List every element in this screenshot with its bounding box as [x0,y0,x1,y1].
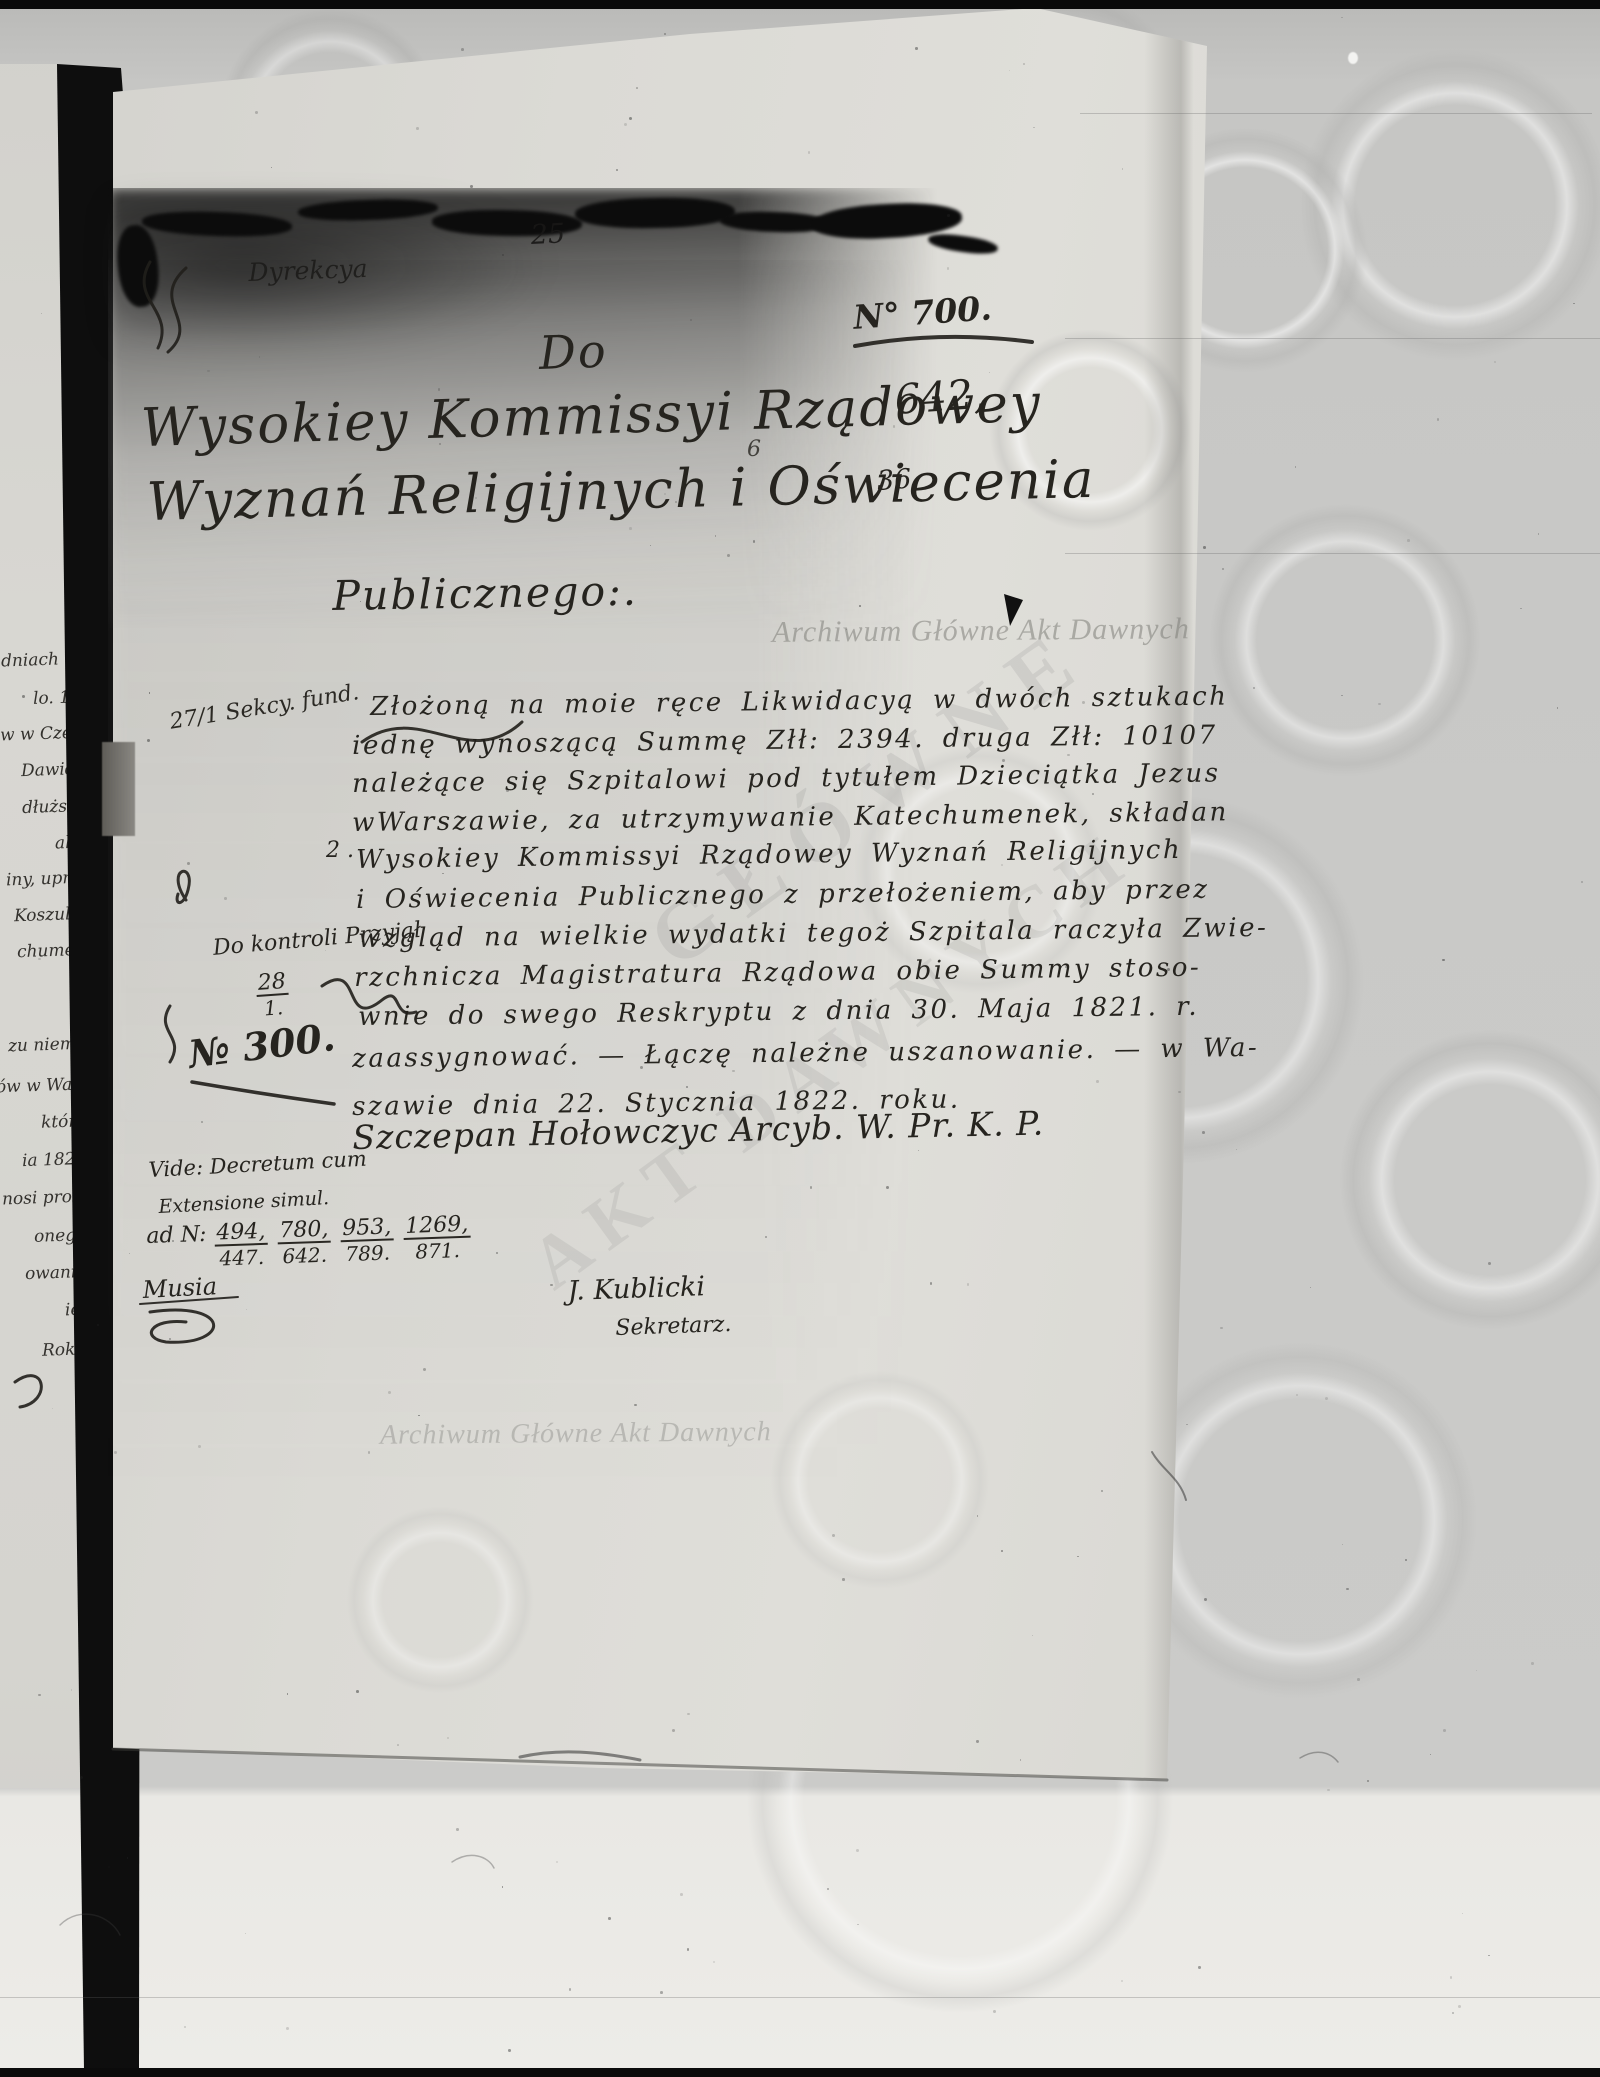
scan-bottom-border [0,2068,1600,2077]
speck [286,2027,289,2030]
speck [893,425,895,427]
speck [1253,687,1255,689]
speck [1203,546,1206,549]
speck [1557,707,1558,708]
fraction-bottom: 789. [341,1240,395,1266]
speck [727,554,730,557]
speck [810,1186,812,1188]
speck [255,111,258,114]
secretary-signature: J. Kublicki [567,1271,706,1307]
speck [1310,1287,1311,1288]
speck [201,1121,203,1123]
speck [1531,1662,1534,1665]
speck [1096,1080,1099,1083]
scan-line [1065,553,1600,554]
speck [650,545,651,546]
speck [245,1933,246,1934]
speck [1222,568,1224,570]
speck [508,2049,511,2052]
fraction-top: 494, [214,1220,268,1247]
speck [687,1948,689,1950]
speck [1295,466,1297,468]
speck [287,937,289,939]
margin-item-number: 2 . [326,838,354,863]
speck [1001,1550,1003,1552]
speck [976,1740,978,1742]
fraction-bottom: 447. [215,1245,269,1271]
fraction-top: 780, [277,1218,331,1245]
archive-watermark: Archiwum Główne Akt Dawnych [380,1416,772,1451]
speck [1538,533,1540,535]
speck [967,1283,970,1286]
speck [80,1776,83,1779]
speck [496,1252,498,1254]
speck [1488,1955,1490,1957]
speck [634,1404,637,1407]
speck [947,267,949,269]
control-date-month: 1. [257,995,291,1021]
speck [1220,1327,1222,1329]
speck [38,958,40,960]
speck [1430,1754,1431,1755]
scan-line [0,1997,1600,1998]
speck [1442,959,1445,962]
speck [114,1451,117,1454]
speck [1573,303,1574,304]
speck [1494,361,1497,364]
speck [674,1048,676,1050]
speck [356,1690,359,1693]
speck [1341,17,1342,18]
archive-watermark: Archiwum Główne Akt Dawnych [772,612,1190,650]
speck [1476,1670,1477,1671]
speck [1077,1556,1078,1557]
speck [1407,539,1410,542]
speck [1202,1131,1205,1134]
speck [1378,703,1380,705]
speck [207,370,210,373]
speck [1462,1913,1463,1914]
scan-top-border [0,0,1600,9]
speck [1001,864,1003,866]
musia-note: Musia [142,1272,218,1304]
speck [1443,1729,1446,1732]
speck [1488,1262,1491,1265]
speck [808,151,811,154]
salutation: Do [538,324,608,380]
speck [172,1240,174,1242]
speck [506,789,509,792]
fraction-bottom: 871. [404,1238,472,1264]
speck [442,873,443,874]
speck [1325,1397,1328,1400]
dust-speck [1348,52,1358,64]
speck [1437,418,1440,421]
speck [502,1886,504,1888]
speck [1186,1424,1187,1425]
speck [993,2010,996,2013]
speck [947,214,950,217]
speck [886,1186,889,1189]
date-scribble: 25 [530,218,566,251]
speck [660,1991,663,1994]
speck [368,1451,370,1453]
scan-line [1080,113,1592,114]
speck [1346,1588,1348,1590]
speck [680,1893,683,1896]
speck [149,692,150,693]
speck [493,861,495,863]
speck [461,48,464,51]
speck [71,1689,73,1691]
speck [1458,2005,1461,2008]
speck [108,1866,110,1868]
speck [827,1888,829,1890]
speck [857,1924,859,1926]
secretary-title: Sekretarz. [615,1312,732,1341]
speck [556,1861,558,1863]
speck [1121,1980,1123,1982]
speck [1122,168,1123,169]
speck [856,1849,859,1852]
speck [1327,1789,1330,1792]
reference-fraction: 1269,871. [403,1213,472,1264]
speck [608,1917,611,1920]
speck [1581,881,1583,883]
speck [1450,1976,1453,1979]
speck [1020,1759,1021,1760]
speck [1342,1544,1343,1545]
speck [1296,1394,1298,1396]
speck [584,598,586,600]
speck [715,535,716,536]
speck [1452,2012,1454,2014]
speck [1178,1091,1180,1093]
speck [456,1828,459,1831]
speck [1367,1780,1369,1782]
speck [918,1150,919,1151]
speck [629,117,632,120]
speck [397,1744,399,1746]
speck [97,1324,99,1326]
speck [915,47,918,50]
registry-scribble: Dyrekcya [248,254,368,287]
speck [1167,968,1170,971]
speck [859,605,861,607]
speck [1048,819,1051,822]
control-date-day: 28 [255,970,289,997]
ad-n-prefix: ad N: [146,1222,207,1249]
speck [1204,1598,1207,1601]
fraction-top: 1269, [403,1213,471,1240]
dust-fiber [452,1855,494,1868]
speck [1341,695,1343,697]
speck [1357,1678,1360,1681]
speck [511,411,513,413]
speck [569,1988,571,1990]
speck [664,493,666,495]
reference-fraction: 780,642. [277,1218,332,1269]
speck [184,2026,186,2028]
speck [1405,1559,1407,1561]
repair-tape-tab [102,742,135,836]
speck [726,216,727,217]
speck [38,1694,40,1696]
speck [664,33,666,35]
speck [1082,701,1085,704]
speck [765,1236,767,1238]
fraction-bottom: 642. [278,1243,332,1269]
dust-fiber [1300,1752,1338,1762]
speck [224,897,227,900]
margin-control-date: 281. [255,969,300,1021]
archive-scan-photo: dniach 18lo. 18.w w Czer-Dawidadłuższyab… [0,0,1600,2077]
speck [416,127,419,130]
speck [1520,608,1521,609]
speck [1198,1966,1200,1968]
speck [713,1961,715,1963]
speck [1023,63,1025,65]
speck [1236,1149,1237,1150]
speck [842,1578,845,1581]
reference-fraction: 953,789. [340,1215,395,1266]
speck [544,749,546,751]
fraction-top: 953, [340,1215,394,1242]
speck [616,169,618,171]
scan-line [1065,338,1600,339]
reference-fraction: 494,447. [214,1220,269,1271]
address-line-3: Publicznego:. [332,567,638,620]
